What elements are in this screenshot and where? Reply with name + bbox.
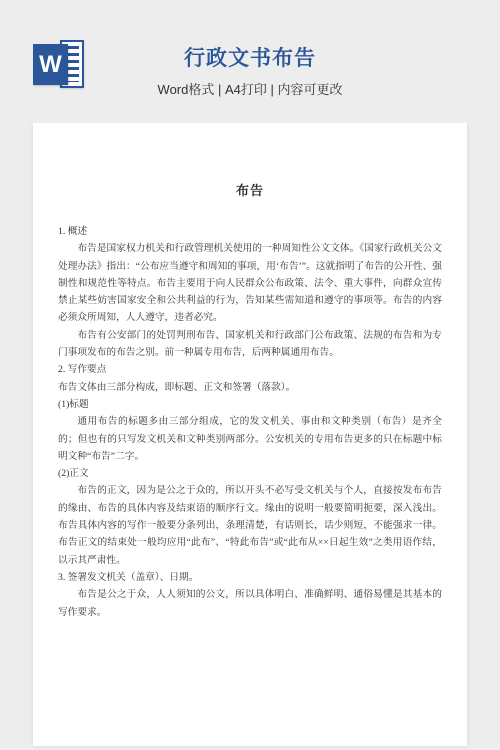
doc-paragraph: 布告是公之于众，人人须知的公文，所以具体明白、准确鲜明、通俗易懂是其基本的写作要… — [58, 586, 442, 621]
doc-paragraph: (1)标题 — [58, 396, 442, 413]
document-body: 布告 1. 概述布告是国家权力机关和行政管理机关使用的一种周知性公文文体。《国家… — [33, 123, 467, 621]
doc-paragraph: 3. 签署发文机关（盖章）、日期。 — [58, 569, 442, 586]
doc-paragraph: 1. 概述 — [58, 223, 442, 240]
word-letter: W — [39, 53, 62, 77]
document-page: 布告 1. 概述布告是国家权力机关和行政管理机关使用的一种周知性公文文体。《国家… — [33, 123, 467, 746]
header: W 行政文书布告 Word格式 | A4打印 | 内容可更改 — [0, 0, 500, 123]
document-title: 布告 — [58, 123, 442, 199]
doc-paragraph: (2)正文 — [58, 465, 442, 482]
doc-paragraph: 布告的正文，因为是公之于众的，所以开头不必写受文机关与个人，直接按发布布告的缘由… — [58, 482, 442, 568]
doc-paragraph: 通用布告的标题多由三部分组成，它的发文机关、事由和文种类别（布告）是齐全的；但也… — [58, 413, 442, 465]
doc-paragraph: 2. 写作要点 — [58, 361, 442, 378]
doc-paragraph: 布告是国家权力机关和行政管理机关使用的一种周知性公文文体。《国家行政机关公文处理… — [58, 240, 442, 326]
word-w-badge-icon: W — [33, 44, 68, 85]
doc-paragraph: 布告文体由三部分构成，即标题、正文和签署（落款）。 — [58, 379, 442, 396]
word-logo-icon: W — [33, 37, 87, 91]
doc-paragraphs: 1. 概述布告是国家权力机关和行政管理机关使用的一种周知性公文文体。《国家行政机… — [58, 223, 442, 621]
doc-paragraph: 布告有公安部门的处罚判刑布告、国家机关和行政部门公布政策、法规的布告和为专门事项… — [58, 327, 442, 362]
